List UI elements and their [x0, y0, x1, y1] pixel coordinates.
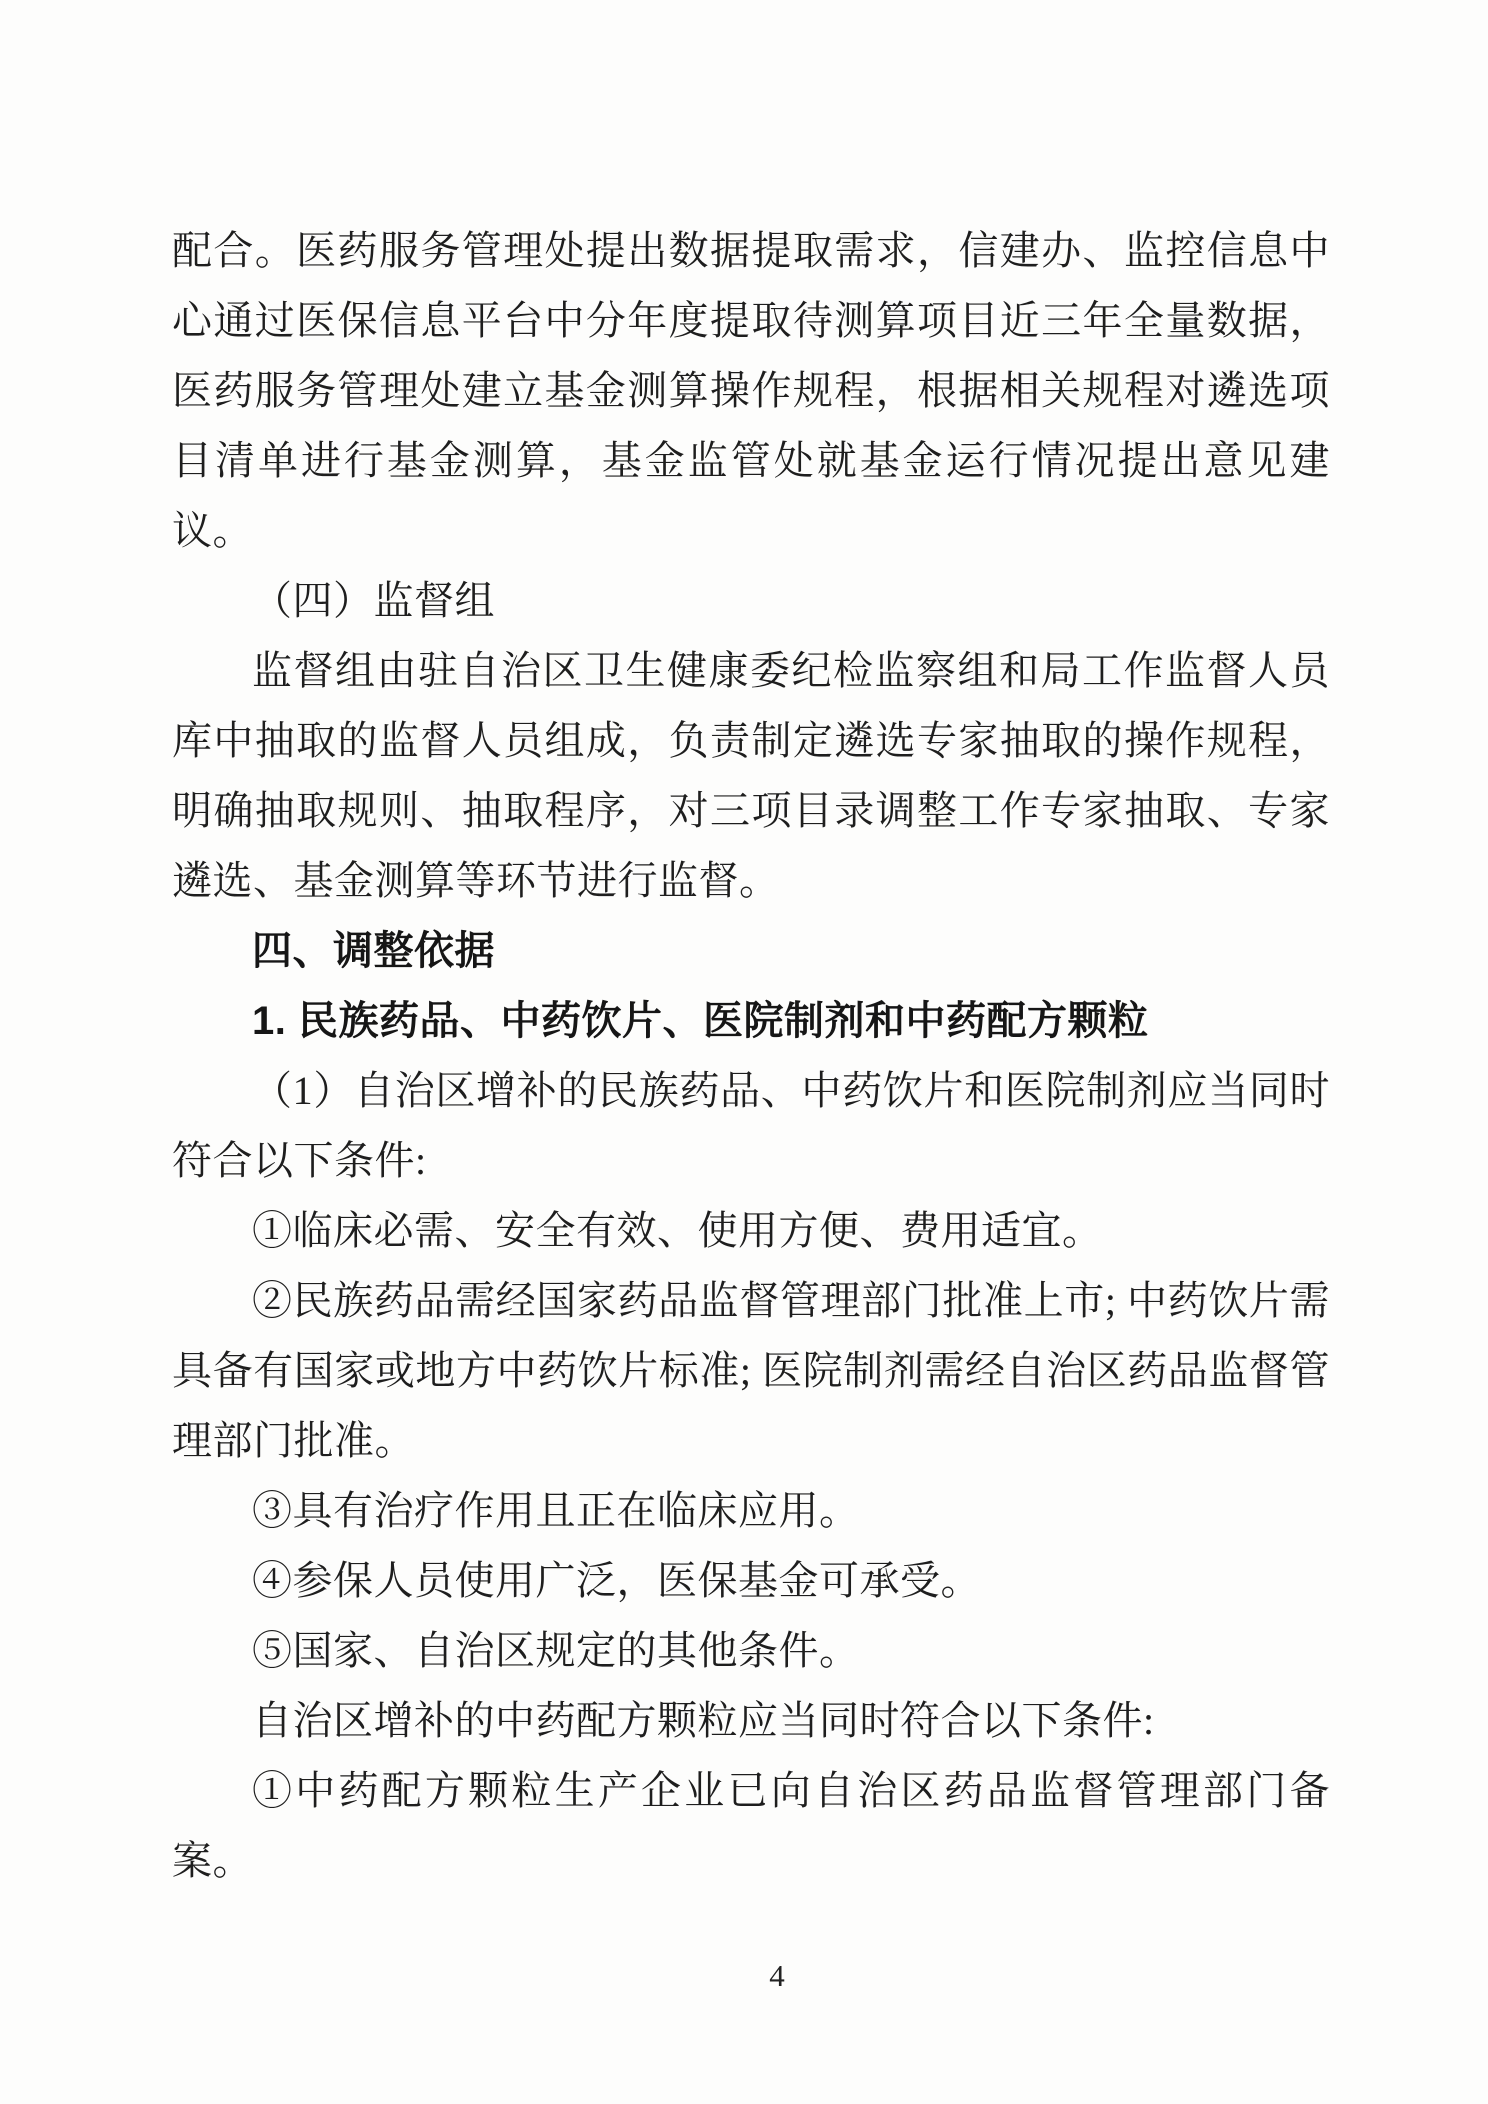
- paragraph-granule-condition-intro: 自治区增补的中药配方颗粒应当同时符合以下条件:: [172, 1686, 1330, 1756]
- scanned-document-page: 配合。医药服务管理处提出数据提取需求，信建办、监控信息中心通过医保信息平台中分年…: [0, 0, 1488, 2104]
- paragraph-condition-intro: （1）自治区增补的民族药品、中药饮片和医院制剂应当同时符合以下条件:: [172, 1056, 1330, 1196]
- paragraph-condition-1: ①临床必需、安全有效、使用方便、费用适宜。: [172, 1196, 1330, 1266]
- paragraph-condition-2: ②民族药品需经国家药品监督管理部门批准上市; 中药饮片需具备有国家或地方中药饮片…: [172, 1266, 1330, 1476]
- paragraph-condition-3: ③具有治疗作用且正在临床应用。: [172, 1476, 1330, 1546]
- paragraph-condition-4: ④参保人员使用广泛，医保基金可承受。: [172, 1546, 1330, 1616]
- heading-chapter-4-adjustment-basis: 四、调整依据: [172, 916, 1330, 986]
- paragraph-granule-condition-1: ①中药配方颗粒生产企业已向自治区药品监督管理部门备案。: [172, 1756, 1330, 1896]
- document-text-block: 配合。医药服务管理处提出数据提取需求，信建办、监控信息中心通过医保信息平台中分年…: [172, 216, 1330, 1896]
- paragraph-condition-5: ⑤国家、自治区规定的其他条件。: [172, 1616, 1330, 1686]
- heading-item-1-ethnic-medicines: 1. 民族药品、中药饮片、医院制剂和中药配方颗粒: [172, 986, 1330, 1056]
- paragraph-coordination-continuation: 配合。医药服务管理处提出数据提取需求，信建办、监控信息中心通过医保信息平台中分年…: [172, 216, 1330, 566]
- paragraph-supervision-group-duties: 监督组由驻自治区卫生健康委纪检监察组和局工作监督人员库中抽取的监督人员组成，负责…: [172, 636, 1330, 916]
- page-number: 4: [0, 1956, 1488, 1996]
- heading-section-4-supervision-group: （四）监督组: [172, 566, 1330, 636]
